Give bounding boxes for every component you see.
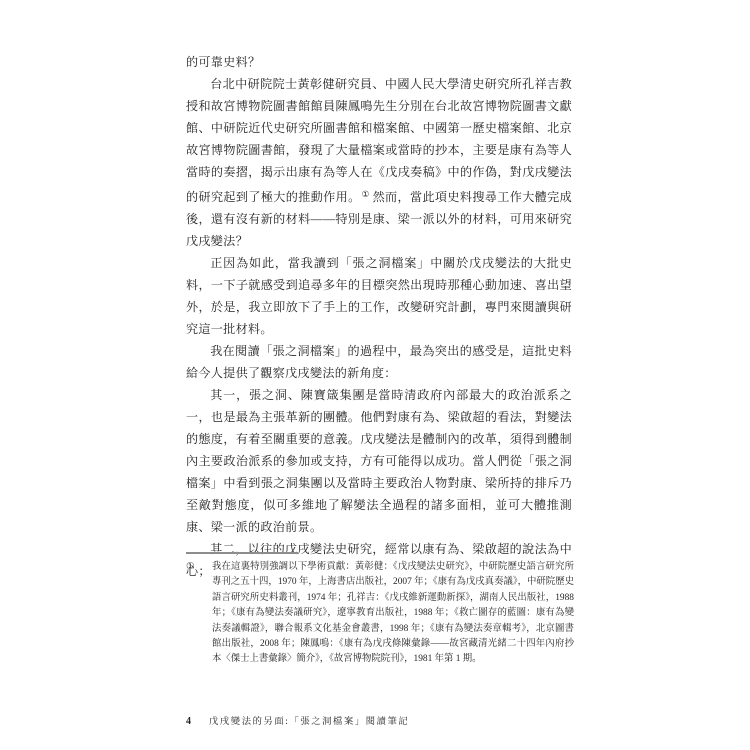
- footnote-number: ①: [186, 560, 194, 575]
- paragraph-archives-discovery: 台北中研院院士黃彰健研究員、中國人民大學清史研究所孔祥吉教授和故宮博物院圖書館館…: [186, 73, 572, 252]
- footnote-text: 我在這裏特別強調以下學術貢獻：黃彰健：《戊戌變法史研究》，中研院歷史語言研究所專…: [212, 562, 574, 664]
- running-title: 戊戌變法的另面:「張之洞檔案」閱讀筆記: [209, 713, 409, 727]
- paragraph-zhang-zhidong-archive: 正因為如此，當我讀到「張之洞檔案」中關於戊戌變法的大批史料，一下子就感受到追尋多…: [186, 252, 572, 340]
- book-page: 的可靠史料？ 台北中研院院士黃彰健研究員、中國人民大學清史研究所孔祥吉教授和故宮…: [0, 0, 750, 750]
- paragraph-reading-experience: 我在閱讀「張之洞檔案」的過程中，最為突出的感受是，這批史料給今人提供了觀察戊戌變…: [186, 340, 572, 384]
- footnote-separator-rule: [186, 552, 298, 554]
- page-number: 4: [186, 716, 191, 727]
- body-text: 的可靠史料？ 台北中研院院士黃彰健研究員、中國人民大學清史研究所孔祥吉教授和故宮…: [186, 51, 572, 582]
- page-footer: 4 戊戌變法的另面:「張之洞檔案」閱讀筆記: [186, 711, 574, 729]
- footnote-body: ① 我在這裏特別強調以下學術貢獻：黃彰健：《戊戌變法史研究》，中研院歷史語言研究…: [186, 560, 574, 668]
- paragraph-continuation: 的可靠史料？: [186, 51, 572, 73]
- footnote-reference-marker: ①: [362, 189, 370, 199]
- paragraph-point-one: 其一，張之洞、陳寶箴集團是當時清政府內部最大的政治派系之一，也是最為主張革新的團…: [186, 384, 572, 538]
- footnote: ① 我在這裏特別強調以下學術貢獻：黃彰健：《戊戌變法史研究》，中研院歷史語言研究…: [186, 560, 574, 668]
- paragraph-text-before-footnote: 台北中研院院士黃彰健研究員、中國人民大學清史研究所孔祥吉教授和故宮博物院圖書館館…: [186, 77, 572, 204]
